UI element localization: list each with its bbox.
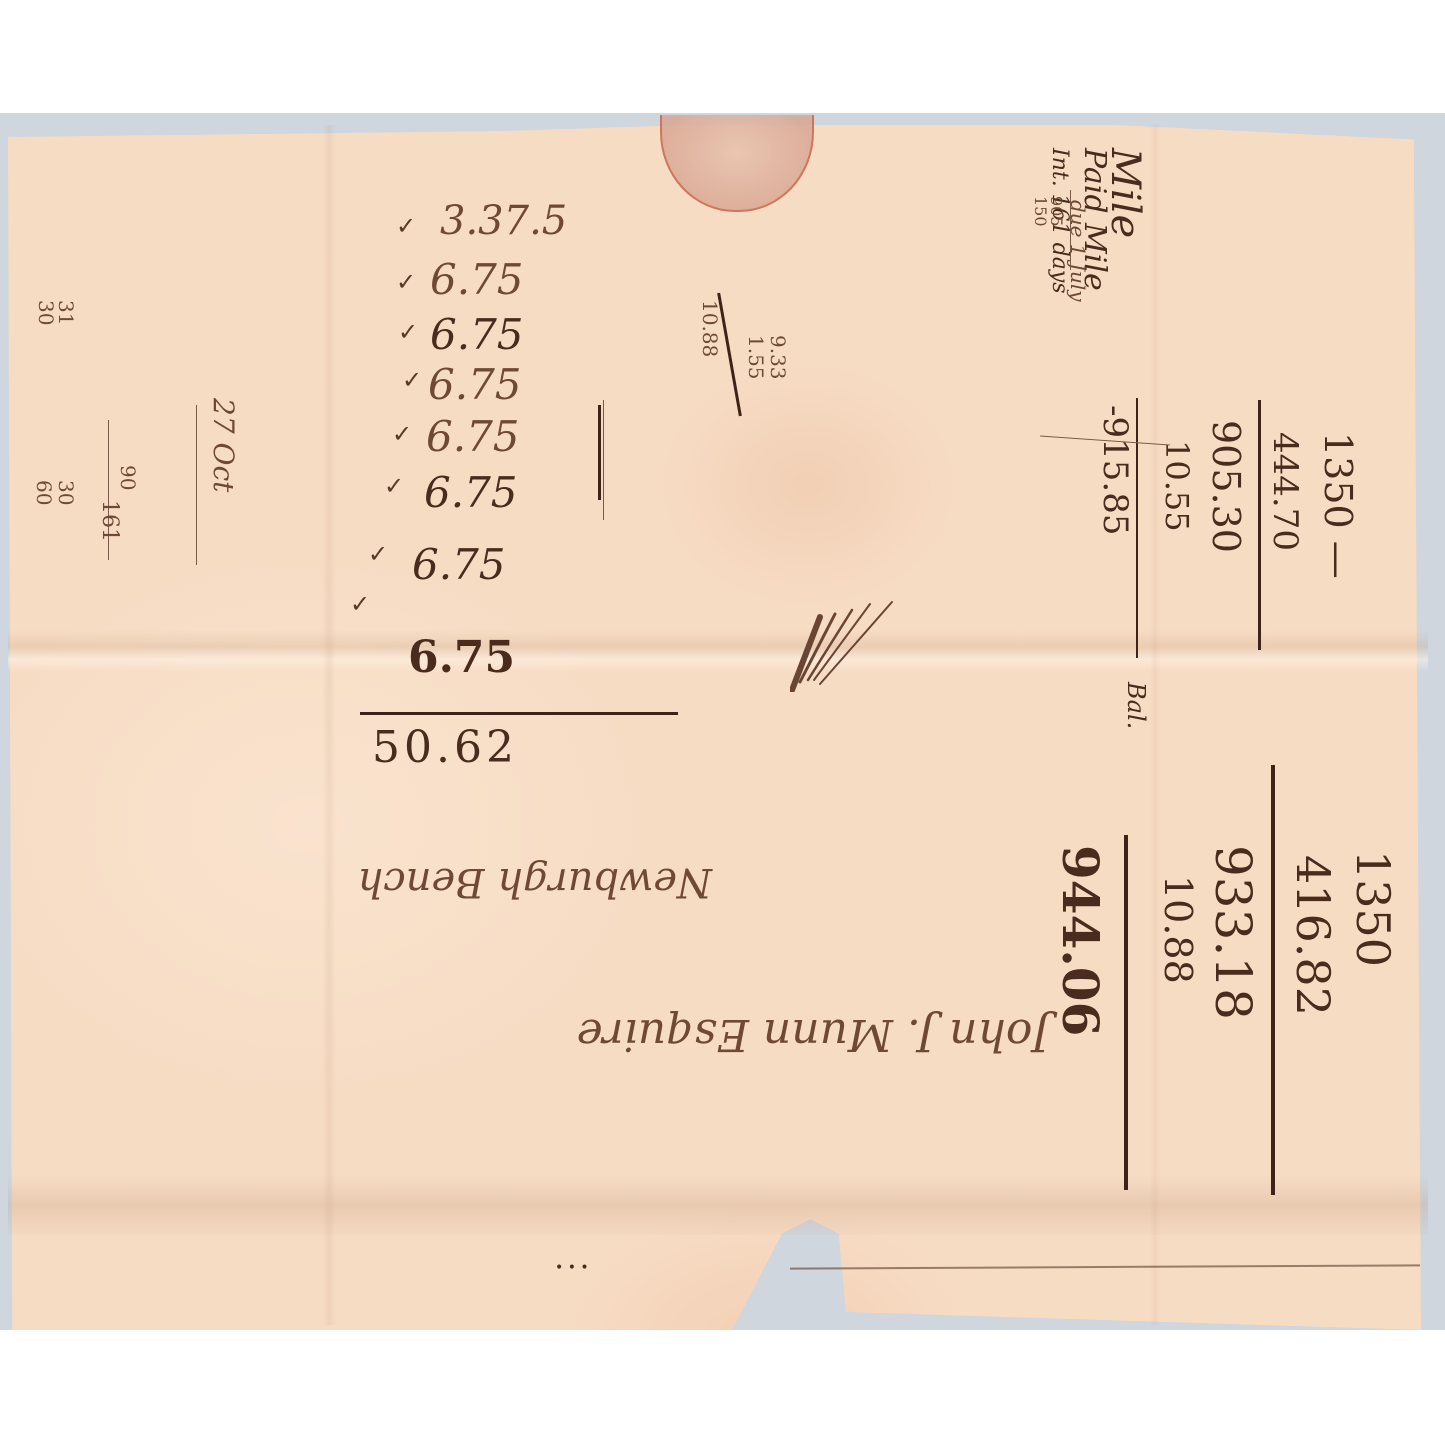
check-total-rule [360,712,678,715]
check-value-1: 3.37.5 [440,198,567,244]
lower-amount-2: 416.82 [1286,855,1340,1016]
check-total: 50.62 [372,722,518,773]
address-line-2: Newburgh Bench [358,859,712,905]
left-note-date: 27 Oct [207,398,240,492]
left-note-rule [196,405,197,565]
left-note-top-30: 30 [34,300,58,325]
check-icon: ✓ [396,268,416,296]
label-balance: Bal. [1122,682,1150,729]
middle-note-2: 1.55 [744,335,768,380]
ink-dots: • • • [555,1260,589,1276]
tally-mark [603,400,604,520]
check-value-8: 6.75 [408,632,515,683]
lower-sum-rule [1271,765,1275,1195]
check-icon: ✓ [402,366,422,394]
left-note-30: 30 [54,480,78,505]
fold-line-horizontal [8,1175,1428,1235]
left-note-60: 60 [32,480,56,505]
upper-amount-5: -915.85 [1095,405,1135,535]
check-value-2: 6.75 [430,255,524,304]
upper-amount-4: 10.55 [1158,440,1196,532]
check-icon: ✓ [368,540,388,568]
upper-amount-1: 1350 — [1316,432,1360,579]
lower-amount-5: 944.06 [1051,845,1110,1036]
lower-amount-3: 933.18 [1204,845,1262,1020]
check-value-6: 6.75 [424,468,518,517]
lower-amount-4: 10.88 [1156,875,1200,984]
quill-test-strokes [790,592,900,692]
side-note-150: 150 [1031,196,1050,227]
check-value-7: 6.75 [412,540,506,589]
upper-sum-rule [1258,400,1261,650]
lower-amount-1: 1350 [1346,850,1400,967]
left-note-161: 161 [97,500,122,542]
check-value-4: 6.75 [428,360,522,409]
check-icon: ✓ [392,420,412,448]
fold-line-vertical [322,125,336,1325]
tally-mark [598,405,601,500]
check-icon: ✓ [350,590,370,618]
upper-amount-2: 444.70 [1265,432,1305,551]
middle-note-3: 10.88 [698,300,722,357]
side-note-rule [1070,190,1071,270]
check-value-3: 6.75 [430,310,524,359]
fold-line-horizontal [8,630,1428,672]
upper-total-rule [1136,398,1138,658]
address-line-1: John J. Munn Esquire [577,1009,1050,1060]
check-icon: ✓ [384,472,404,500]
middle-note-1: 9.33 [766,335,790,380]
upper-amount-3: 905.30 [1204,420,1248,553]
fold-line-vertical [1150,125,1160,1325]
left-note-90: 90 [116,465,140,490]
check-value-5: 6.75 [426,412,520,461]
check-icon: ✓ [398,318,418,346]
check-icon: ✓ [396,212,416,240]
lower-total-rule [1124,835,1128,1190]
